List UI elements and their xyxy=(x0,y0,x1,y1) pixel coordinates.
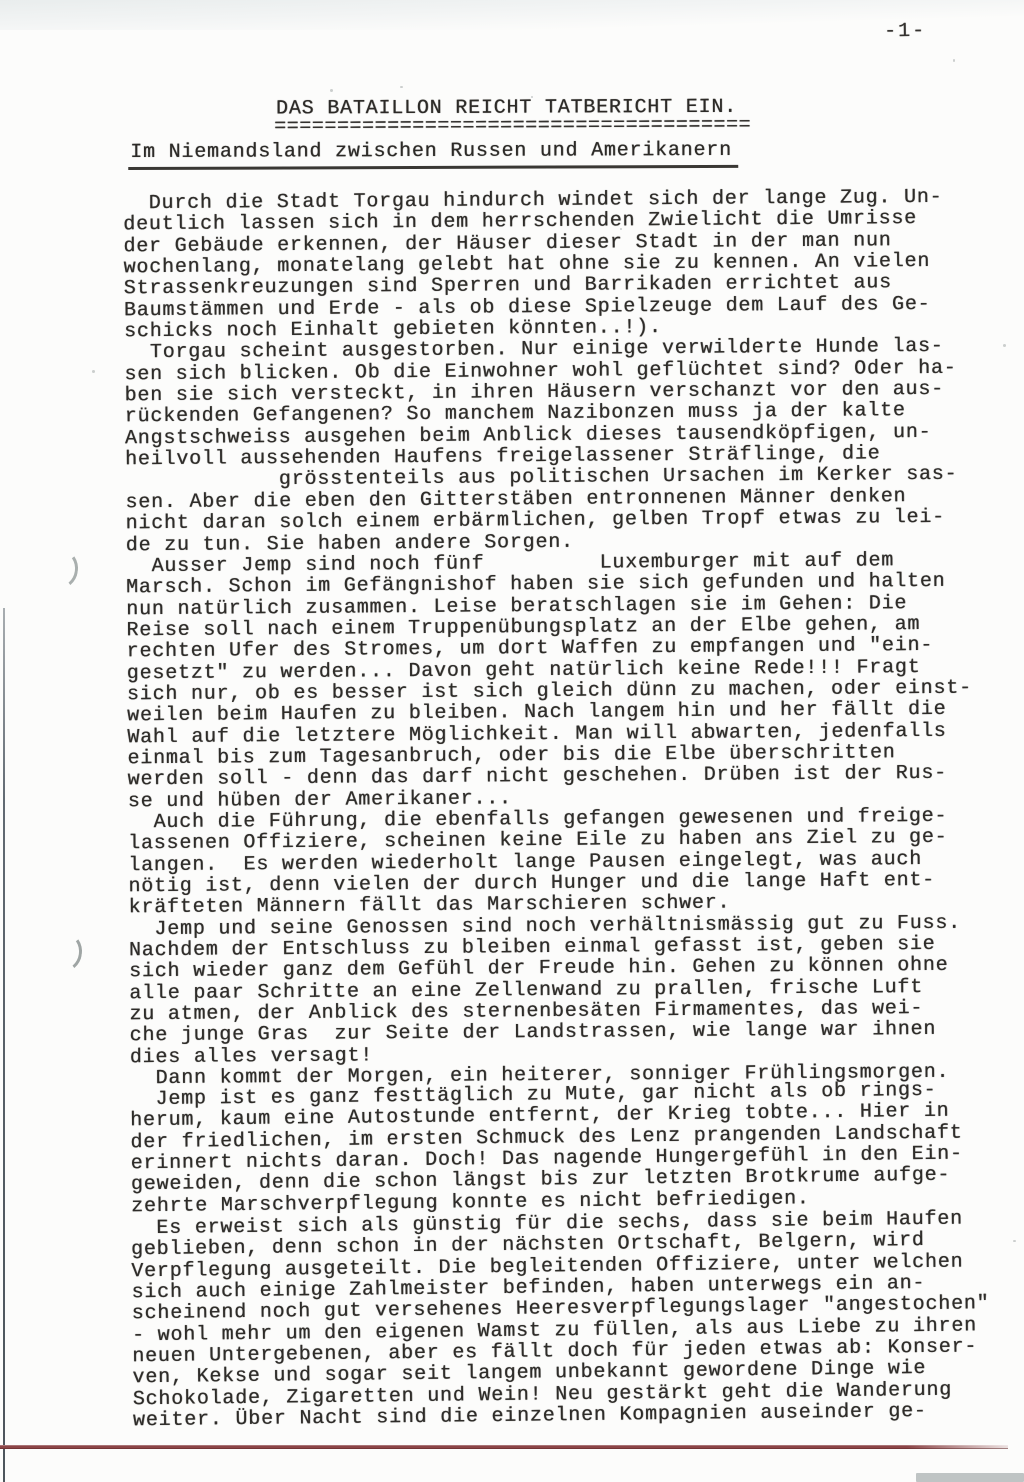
document-heading: DAS BATAILLON REICHT TATBERICHT EIN. ===… xyxy=(0,96,1000,170)
document-body: Durch die Stadt Torgau hindurch windet s… xyxy=(123,186,1024,1431)
punch-hole-mark xyxy=(43,930,84,975)
paragraph: Es erweist sich als günstig für die sech… xyxy=(131,1207,1024,1431)
scan-speck xyxy=(953,59,955,62)
paragraph: Jemp und seine Genossen sind noch verhäl… xyxy=(129,912,1024,1069)
paragraph: Ausser Jemp sind noch fünf Luxemburger m… xyxy=(126,549,1024,812)
paragraph: Torgau scheint ausgestorben. Nur einige … xyxy=(124,335,1024,556)
scan-edge-top xyxy=(0,0,1024,30)
paragraph: Durch die Stadt Torgau hindurch windet s… xyxy=(123,186,1024,343)
scanned-document-page: -1- DAS BATAILLON REICHT TATBERICHT EIN.… xyxy=(0,0,1024,1482)
scan-speck xyxy=(400,86,403,88)
scan-edge-bottom-right xyxy=(916,1473,1024,1482)
paragraph: Auch die Führung, die ebenfalls gefangen… xyxy=(128,805,1024,919)
page-number: -1- xyxy=(884,20,926,44)
punch-hole-mark xyxy=(39,547,80,592)
scan-speck xyxy=(531,96,533,98)
document-subtitle: Im Niemandsland zwischen Russen und Amer… xyxy=(128,139,738,170)
paragraph: Jemp ist es ganz festtäglich zu Mute, ga… xyxy=(130,1079,1024,1218)
bottom-red-rule xyxy=(0,1445,1008,1449)
scan-speck xyxy=(1013,1240,1016,1242)
scan-speck xyxy=(620,228,622,230)
scan-speck xyxy=(330,89,333,92)
scan-speck xyxy=(92,370,95,373)
scan-edge-left-line xyxy=(3,608,5,1482)
scan-speck xyxy=(1003,344,1006,347)
